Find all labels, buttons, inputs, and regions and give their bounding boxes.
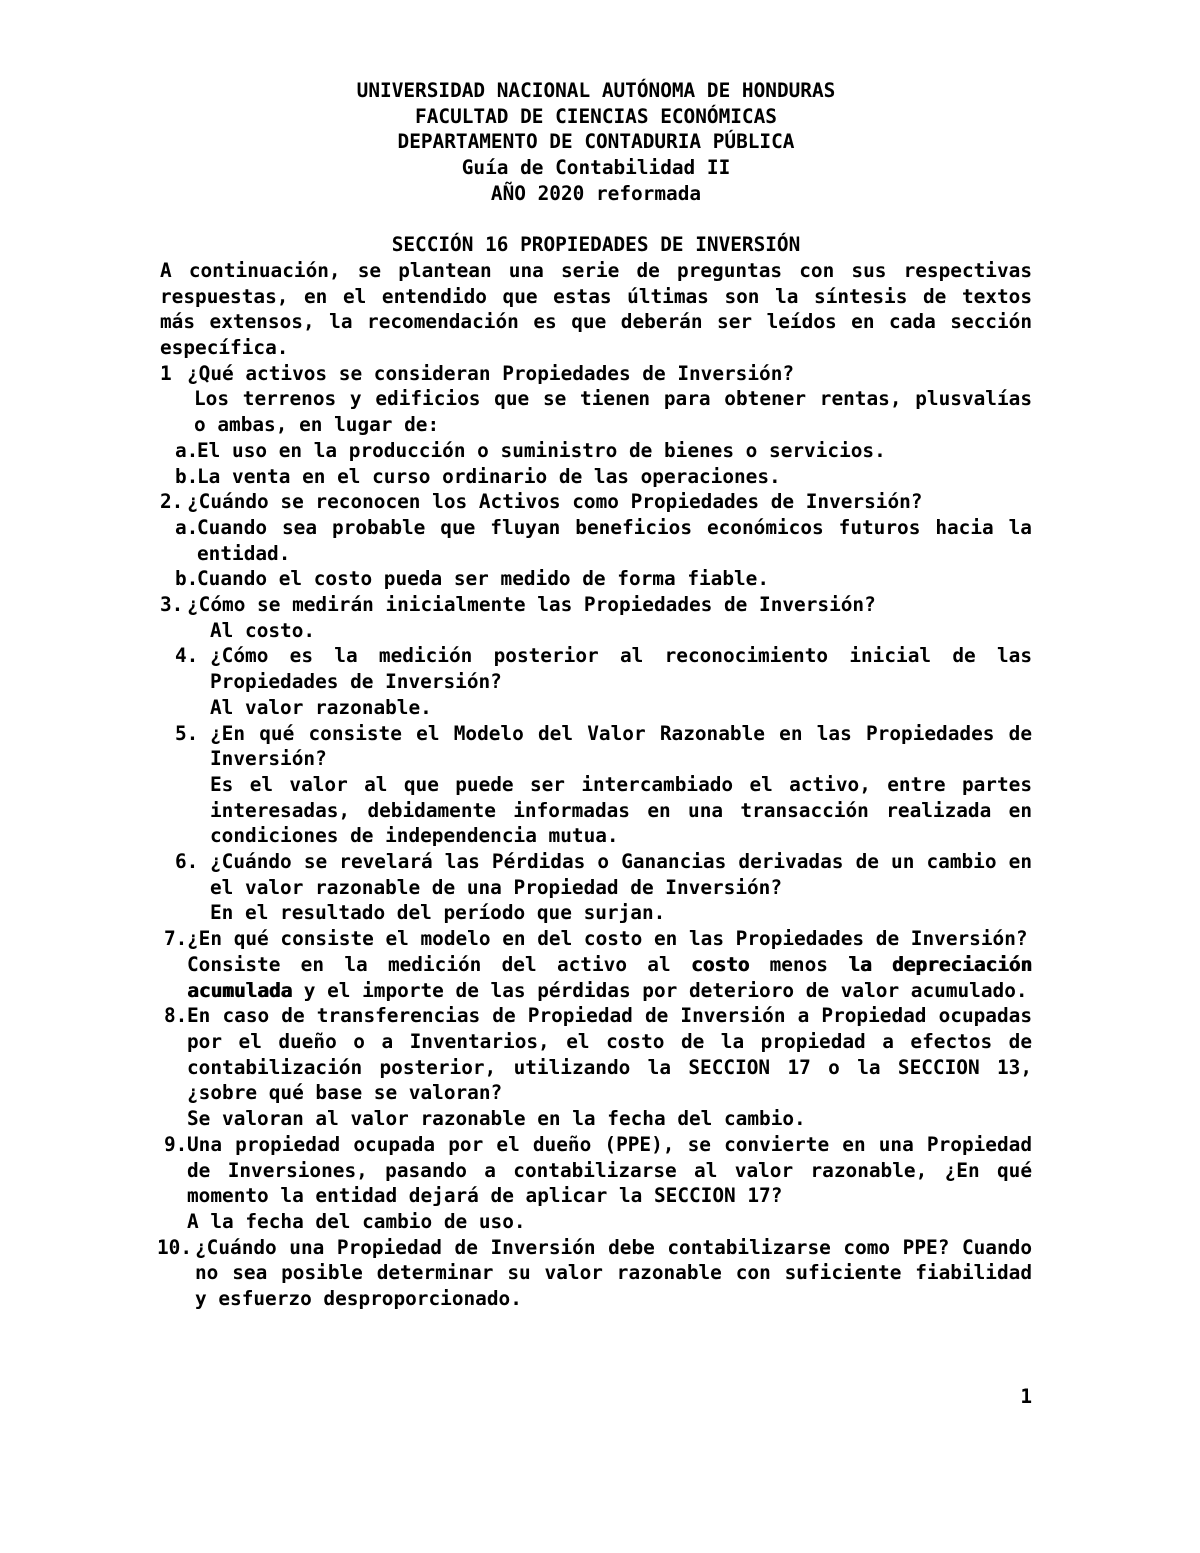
answer-paragraph: Se valoran al valor razonable en la fech… (187, 1106, 1032, 1132)
sub-item-text: Cuando sea probable que fluyan beneficio… (197, 516, 1032, 565)
intro-paragraph: A continuación, se plantean una serie de… (160, 258, 1032, 361)
item-marker: 9. (164, 1132, 187, 1158)
answer-paragraph: Al costo. (210, 618, 1032, 644)
sub-item: a.El uso en la producción o suministro d… (175, 438, 1032, 464)
sub-item-marker: b. (175, 566, 197, 592)
question-text: ¿Cómo es la medición posterior al recono… (210, 644, 1032, 693)
item-marker: 2. (160, 489, 187, 515)
item-marker: 5. (175, 721, 210, 747)
question-text: En caso de transferencias de Propiedad d… (187, 1004, 1032, 1104)
header-line-faculty: FACULTAD DE CIENCIAS ECONÓMICAS (160, 104, 1032, 130)
sub-item-marker: a. (175, 438, 197, 464)
sub-item-text: El uso en la producción o suministro de … (197, 439, 886, 462)
item-marker: 10. (157, 1235, 195, 1261)
section-title: SECCIÓN 16 PROPIEDADES DE INVERSIÓN (160, 232, 1032, 258)
sub-item-marker: b. (175, 464, 197, 490)
answer-paragraph: Es el valor al que puede ser intercambia… (210, 772, 1032, 849)
qa-item: 3.¿Cómo se medirán inicialmente las Prop… (160, 592, 1032, 643)
qa-item: 7.¿En qué consiste el modelo en del cost… (160, 926, 1032, 1003)
sub-item: a.Cuando sea probable que fluyan benefic… (175, 515, 1032, 566)
question-text: Una propiedad ocupada por el dueño (PPE)… (187, 1133, 1032, 1207)
question-line: 2.¿Cuándo se reconocen los Activos como … (160, 489, 1032, 515)
sub-item: b.La venta en el curso ordinario de las … (175, 464, 1032, 490)
answer-text: y el importe de las pérdidas por deterio… (292, 979, 1027, 1002)
answer-bold-text: costo (691, 953, 749, 976)
qa-item: 6.¿Cuándo se revelará las Pérdidas o Gan… (160, 849, 1032, 926)
header-line-department: DEPARTAMENTO DE CONTADURIA PÚBLICA (160, 129, 1032, 155)
qa-item: 5.¿En qué consiste el Modelo del Valor R… (160, 721, 1032, 850)
answer-text: Consiste en la medición del activo al (187, 953, 691, 976)
question-text: ¿Cuándo se revelará las Pérdidas o Ganan… (210, 850, 1032, 899)
question-text: ¿Qué activos se consideran Propiedades d… (187, 362, 794, 385)
qa-item: 2.¿Cuándo se reconocen los Activos como … (160, 489, 1032, 592)
item-marker: 3. (160, 592, 187, 618)
question-line: 3.¿Cómo se medirán inicialmente las Prop… (160, 592, 1032, 618)
qa-item: 4.¿Cómo es la medición posterior al reco… (160, 643, 1032, 720)
answer-text: menos (749, 953, 848, 976)
sub-item-marker: a. (175, 515, 197, 541)
question-line: 8.En caso de transferencias de Propiedad… (160, 1003, 1032, 1106)
item-marker: 7. (164, 926, 187, 952)
question-text: ¿Cuándo una Propiedad de Inversión debe … (195, 1236, 1032, 1310)
answer-paragraph: Los terrenos y edificios que se tienen p… (194, 386, 1032, 437)
item-marker: 8. (164, 1003, 187, 1029)
document-page: UNIVERSIDAD NACIONAL AUTÓNOMA DE HONDURA… (0, 0, 1200, 1553)
qa-item: 8.En caso de transferencias de Propiedad… (160, 1003, 1032, 1132)
question-text: ¿Cuándo se reconocen los Activos como Pr… (187, 490, 922, 513)
answer-paragraph: Consiste en la medición del activo al co… (187, 952, 1032, 1003)
qa-item: 10.¿Cuándo una Propiedad de Inversión de… (160, 1235, 1032, 1312)
question-line: 9.Una propiedad ocupada por el dueño (PP… (160, 1132, 1032, 1209)
question-line: 4.¿Cómo es la medición posterior al reco… (160, 643, 1032, 694)
question-line: 5.¿En qué consiste el Modelo del Valor R… (160, 721, 1032, 772)
header-line-year: AÑO 2020 reformada (160, 181, 1032, 207)
sub-item-text: Cuando el costo pueda ser medido de form… (197, 567, 769, 590)
question-line: 6.¿Cuándo se revelará las Pérdidas o Gan… (160, 849, 1032, 900)
item-marker: 6. (175, 849, 210, 875)
question-text: ¿En qué consiste el modelo en del costo … (187, 927, 1028, 950)
question-line: 10.¿Cuándo una Propiedad de Inversión de… (160, 1235, 1032, 1312)
header-line-university: UNIVERSIDAD NACIONAL AUTÓNOMA DE HONDURA… (160, 78, 1032, 104)
qa-item: 9.Una propiedad ocupada por el dueño (PP… (160, 1132, 1032, 1235)
question-text: ¿Cómo se medirán inicialmente las Propie… (187, 593, 876, 616)
answer-paragraph: A la fecha del cambio de uso. (187, 1209, 1032, 1235)
item-marker: 4. (175, 643, 210, 669)
sub-item-text: La venta en el curso ordinario de las op… (197, 465, 781, 488)
header-line-guide: Guía de Contabilidad II (160, 155, 1032, 181)
item-marker: 1 (160, 361, 187, 387)
qa-item: 1¿Qué activos se consideran Propiedades … (160, 361, 1032, 490)
answer-paragraph: En el resultado del período que surjan. (210, 900, 1032, 926)
question-line: 1¿Qué activos se consideran Propiedades … (160, 361, 1032, 387)
sub-item: b.Cuando el costo pueda ser medido de fo… (175, 566, 1032, 592)
document-header: UNIVERSIDAD NACIONAL AUTÓNOMA DE HONDURA… (160, 78, 1032, 207)
answer-paragraph: Al valor razonable. (210, 695, 1032, 721)
page-number: 1 (1020, 1384, 1032, 1410)
qa-list: 1¿Qué activos se consideran Propiedades … (160, 361, 1032, 1312)
question-line: 7.¿En qué consiste el modelo en del cost… (160, 926, 1032, 952)
question-text: ¿En qué consiste el Modelo del Valor Raz… (210, 722, 1032, 771)
